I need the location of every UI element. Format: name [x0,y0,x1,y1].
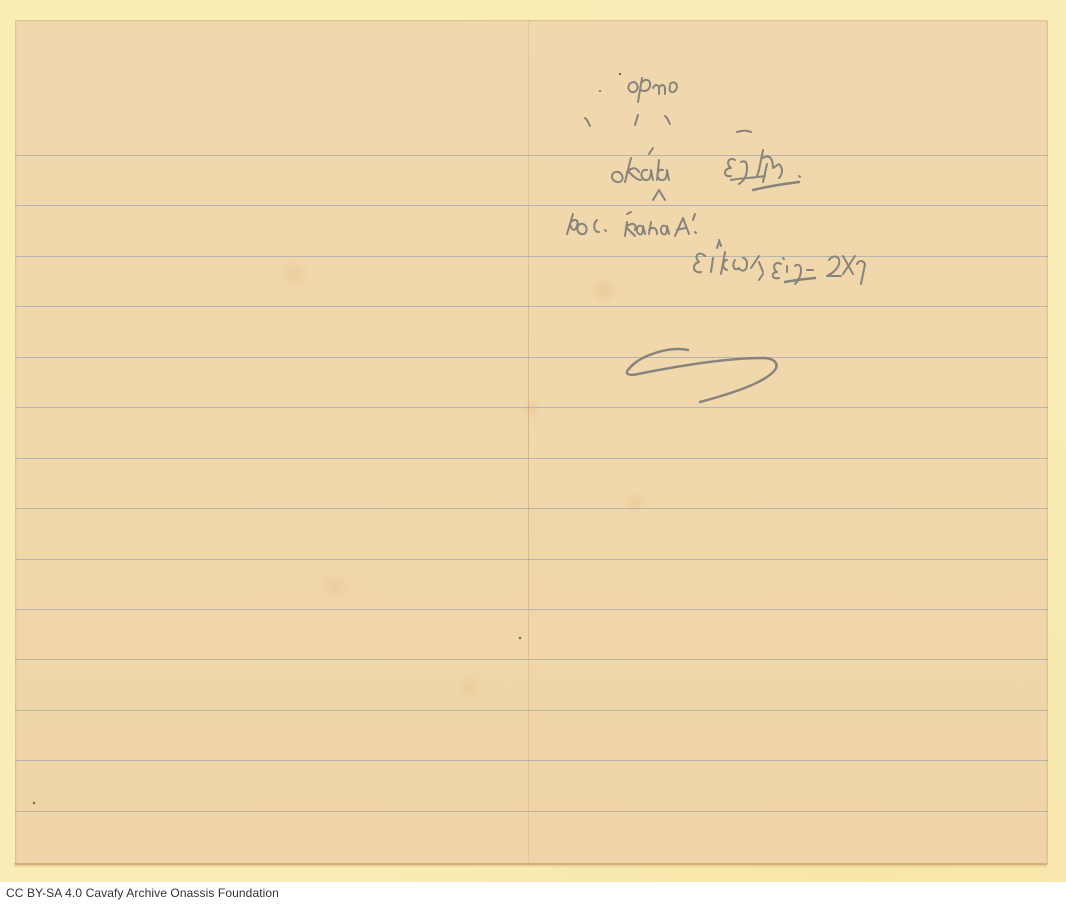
manuscript-page: όρμος σκάλα εγ., Η. κοι. Κατα Α΄. Είδωλα… [15,20,1048,865]
handwritten-annotation [15,20,1048,865]
license-credit: CC BY-SA 4.0 Cavafy Archive Onassis Foun… [6,886,279,900]
